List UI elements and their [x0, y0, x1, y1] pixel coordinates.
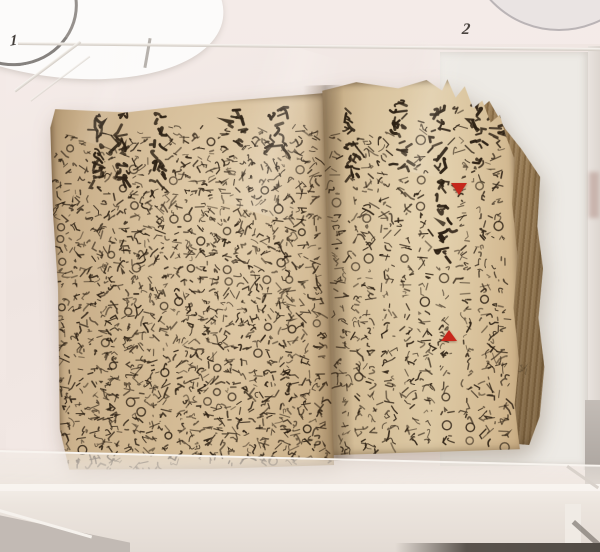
case-right-reflection-strip	[588, 46, 600, 406]
red-triangle-down-marker	[451, 183, 467, 195]
left-page-text-canvas	[50, 93, 335, 473]
museum-photo-scene: 1 2	[0, 0, 600, 552]
red-triangle-up-marker	[441, 330, 457, 341]
manuscript-book	[49, 72, 553, 472]
exhibit-label-1: 1	[10, 32, 17, 51]
right-page-text-canvas	[322, 77, 524, 455]
manuscript-left-page	[50, 93, 335, 473]
case-right-red-reflection	[589, 172, 599, 218]
base-top-highlight	[0, 484, 600, 491]
manuscript-right-page	[322, 77, 524, 455]
table-shadow-strip	[395, 543, 600, 552]
